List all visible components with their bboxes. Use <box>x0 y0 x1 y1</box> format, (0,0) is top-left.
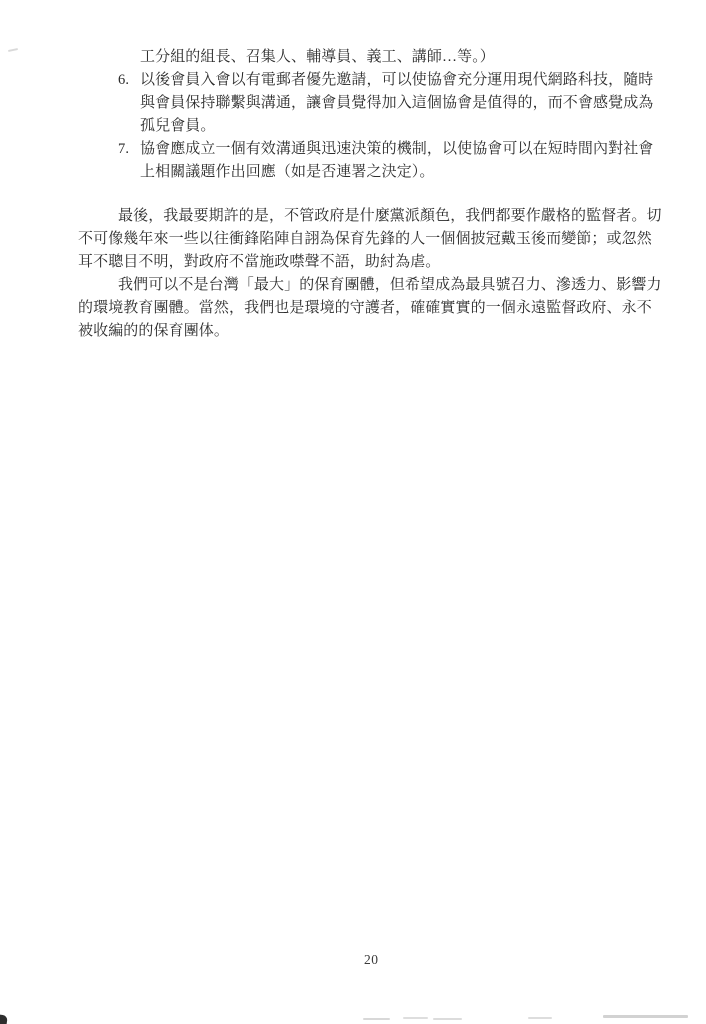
scan-smudge-bottom-3 <box>433 1018 462 1020</box>
scan-smudge-bottom-4 <box>528 1017 552 1019</box>
paragraph-1-line-2: 不可像幾年來一些以往衝鋒陷陣自詡為保育先鋒的人一個個披冠戴玉後而變節；或忽然 <box>78 228 663 251</box>
list-item-7-number: 7. <box>118 138 129 161</box>
list-item-7-line-2: 上相關議題作出回應（如是否連署之決定）。 <box>140 161 660 184</box>
page-number: 20 <box>364 952 379 967</box>
paragraph-1-line-1: 最後，我最要期許的是，不管政府是什麼黨派顏色，我們都要作嚴格的監督者。切 <box>78 205 663 228</box>
list-item-5-continuation-line: 工分組的組長、召集人、輔導員、義工、講師…等。） <box>140 46 660 69</box>
scan-smudge-topleft <box>8 48 18 52</box>
paragraph-2-line-1: 我們可以不是台灣「最大」的保育團體，但希望成為最具號召力、滲透力、影響力 <box>78 274 663 297</box>
list-item-6-text: 以後會員入會以有電郵者優先邀請，可以使協會充分運用現代網路科技，隨時 <box>140 72 653 88</box>
list-item-7-text: 協會應成立一個有效溝通與迅速決策的機制，以使協會可以在短時間內對社會 <box>140 141 653 157</box>
scanned-document-page: 工分組的組長、召集人、輔導員、義工、講師…等。） 6. 以後會員入會以有電郵者優… <box>0 0 706 1024</box>
scan-smudge-bottom-1 <box>363 1018 390 1020</box>
list-item-7-line-1: 7. 協會應成立一個有效溝通與迅速決策的機制，以使協會可以在短時間內對社會 <box>140 138 660 161</box>
list-item-6-line-3: 孤兒會員。 <box>140 115 660 138</box>
body-paragraphs: 最後，我最要期許的是，不管政府是什麼黨派顏色，我們都要作嚴格的監督者。切 不可像… <box>78 205 663 343</box>
list-item-6-line-2: 與會員保持聯繫與溝通，讓會員覺得加入這個協會是值得的，而不會感覺成為 <box>140 92 660 115</box>
paragraph-1-line-3: 耳不聰目不明，對政府不當施政噤聲不語，助紂為虐。 <box>78 251 663 274</box>
scan-smudge-bottom-2 <box>403 1017 428 1019</box>
numbered-list: 工分組的組長、召集人、輔導員、義工、講師…等。） 6. 以後會員入會以有電郵者優… <box>140 46 660 184</box>
paragraph-2-line-3: 被收編的的保育團体。 <box>78 320 663 343</box>
list-item-6-line-1: 6. 以後會員入會以有電郵者優先邀請，可以使協會充分運用現代網路科技，隨時 <box>140 69 660 92</box>
list-item-6-number: 6. <box>118 69 129 92</box>
paragraph-2-line-2: 的環境教育團體。當然，我們也是環境的守護者，確確實實的一個永遠監督政府、永不 <box>78 297 663 320</box>
scan-smudge-bottom-5 <box>603 1015 688 1018</box>
scan-mark-bottom-left-corner <box>0 1014 8 1024</box>
